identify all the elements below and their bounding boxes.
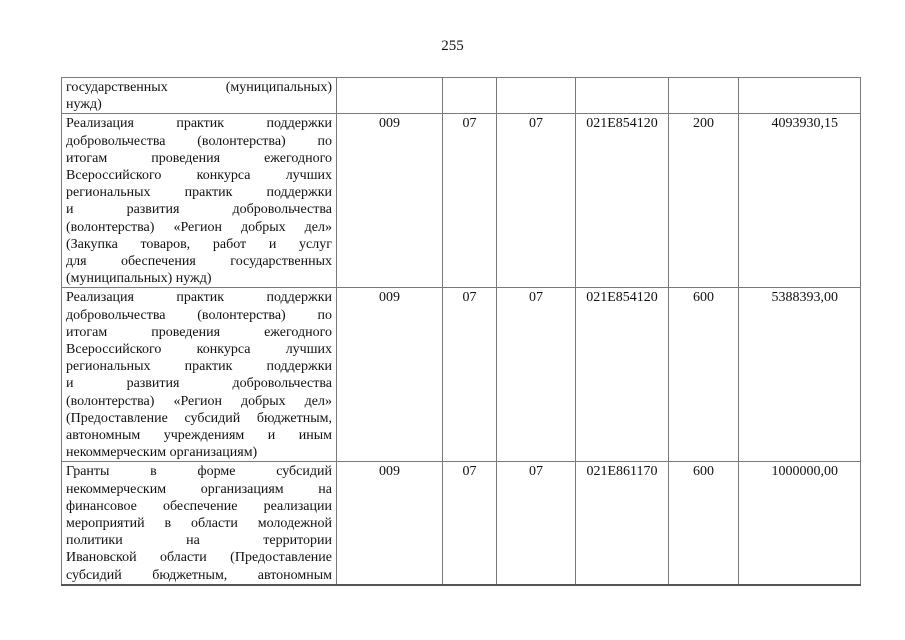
expense-name-line: финансовое обеспечение реализации [66,498,332,515]
expense-type-cell [669,78,739,114]
ved-code-cell: 009 [337,114,443,288]
expense-name-line: Гранты в форме субсидий [66,463,332,480]
amount-cell [739,78,861,114]
expense-type-cell: 200 [669,114,739,288]
expense-name-line: политики на территории [66,532,332,549]
expense-name-cell: Гранты в форме субсидийнекоммерческим ор… [62,462,337,585]
target-article-cell: 021E854120 [576,288,669,462]
expense-name-line: и развития добровольчества [66,375,332,392]
expense-type-cell: 600 [669,462,739,585]
subsection-code-cell [497,78,576,114]
expense-name-cell: государственных (муниципальных)нужд) [62,78,337,114]
expense-name-line: (волонтерства) «Регион добрых дел» [66,219,332,236]
expense-type-cell: 600 [669,288,739,462]
expense-name-line: для обеспечения государственных [66,253,332,270]
budget-table: государственных (муниципальных)нужд)Реал… [61,77,861,586]
ved-code-cell: 009 [337,462,443,585]
expense-name-line: мероприятий в области молодежной [66,515,332,532]
expense-name-line: некоммерческим организациям) [66,444,332,461]
expense-name-line: итогам проведения ежегодного [66,324,332,341]
expense-name-line: Всероссийского конкурса лучших [66,167,332,184]
target-article-cell: 021E854120 [576,114,669,288]
expense-name-line: (муниципальных) нужд) [66,270,332,287]
expense-name-line: субсидий бюджетным, автономным [66,567,332,584]
expense-name-line: Ивановской области (Предоставление [66,549,332,566]
expense-name-line: Реализация практик поддержки [66,289,332,306]
section-code-cell [443,78,497,114]
expense-name-line: итогам проведения ежегодного [66,150,332,167]
target-article-cell [576,78,669,114]
target-article-cell: 021E861170 [576,462,669,585]
section-code-cell: 07 [443,288,497,462]
page-number: 255 [0,37,905,55]
table-row: Реализация практик поддержкидобровольчес… [62,114,861,288]
amount-cell: 4093930,15 [739,114,861,288]
section-code-cell: 07 [443,462,497,585]
expense-name-line: (волонтерства) «Регион добрых дел» [66,393,332,410]
expense-name-cell: Реализация практик поддержкидобровольчес… [62,288,337,462]
ved-code-cell [337,78,443,114]
subsection-code-cell: 07 [497,288,576,462]
expense-name-line: региональных практик поддержки [66,184,332,201]
table-row: Реализация практик поддержкидобровольчес… [62,288,861,462]
expense-name-line: добровольчества (волонтерства) по [66,307,332,324]
expense-name-cell: Реализация практик поддержкидобровольчес… [62,114,337,288]
subsection-code-cell: 07 [497,114,576,288]
expense-name-line: нужд) [66,96,332,113]
expense-name-line: некоммерческим организациям на [66,481,332,498]
expense-name-line: добровольчества (волонтерства) по [66,133,332,150]
table-row: Гранты в форме субсидийнекоммерческим ор… [62,462,861,585]
amount-cell: 1000000,00 [739,462,861,585]
section-code-cell: 07 [443,114,497,288]
expense-name-line: и развития добровольчества [66,201,332,218]
expense-name-line: Реализация практик поддержки [66,115,332,132]
ved-code-cell: 009 [337,288,443,462]
expense-name-line: Всероссийского конкурса лучших [66,341,332,358]
expense-name-line: (Предоставление субсидий бюджетным, [66,410,332,427]
expense-name-line: (Закупка товаров, работ и услуг [66,236,332,253]
expense-name-line: региональных практик поддержки [66,358,332,375]
expense-name-line: государственных (муниципальных) [66,79,332,96]
table-row: государственных (муниципальных)нужд) [62,78,861,114]
expense-name-line: автономным учреждениям и иным [66,427,332,444]
amount-cell: 5388393,00 [739,288,861,462]
subsection-code-cell: 07 [497,462,576,585]
